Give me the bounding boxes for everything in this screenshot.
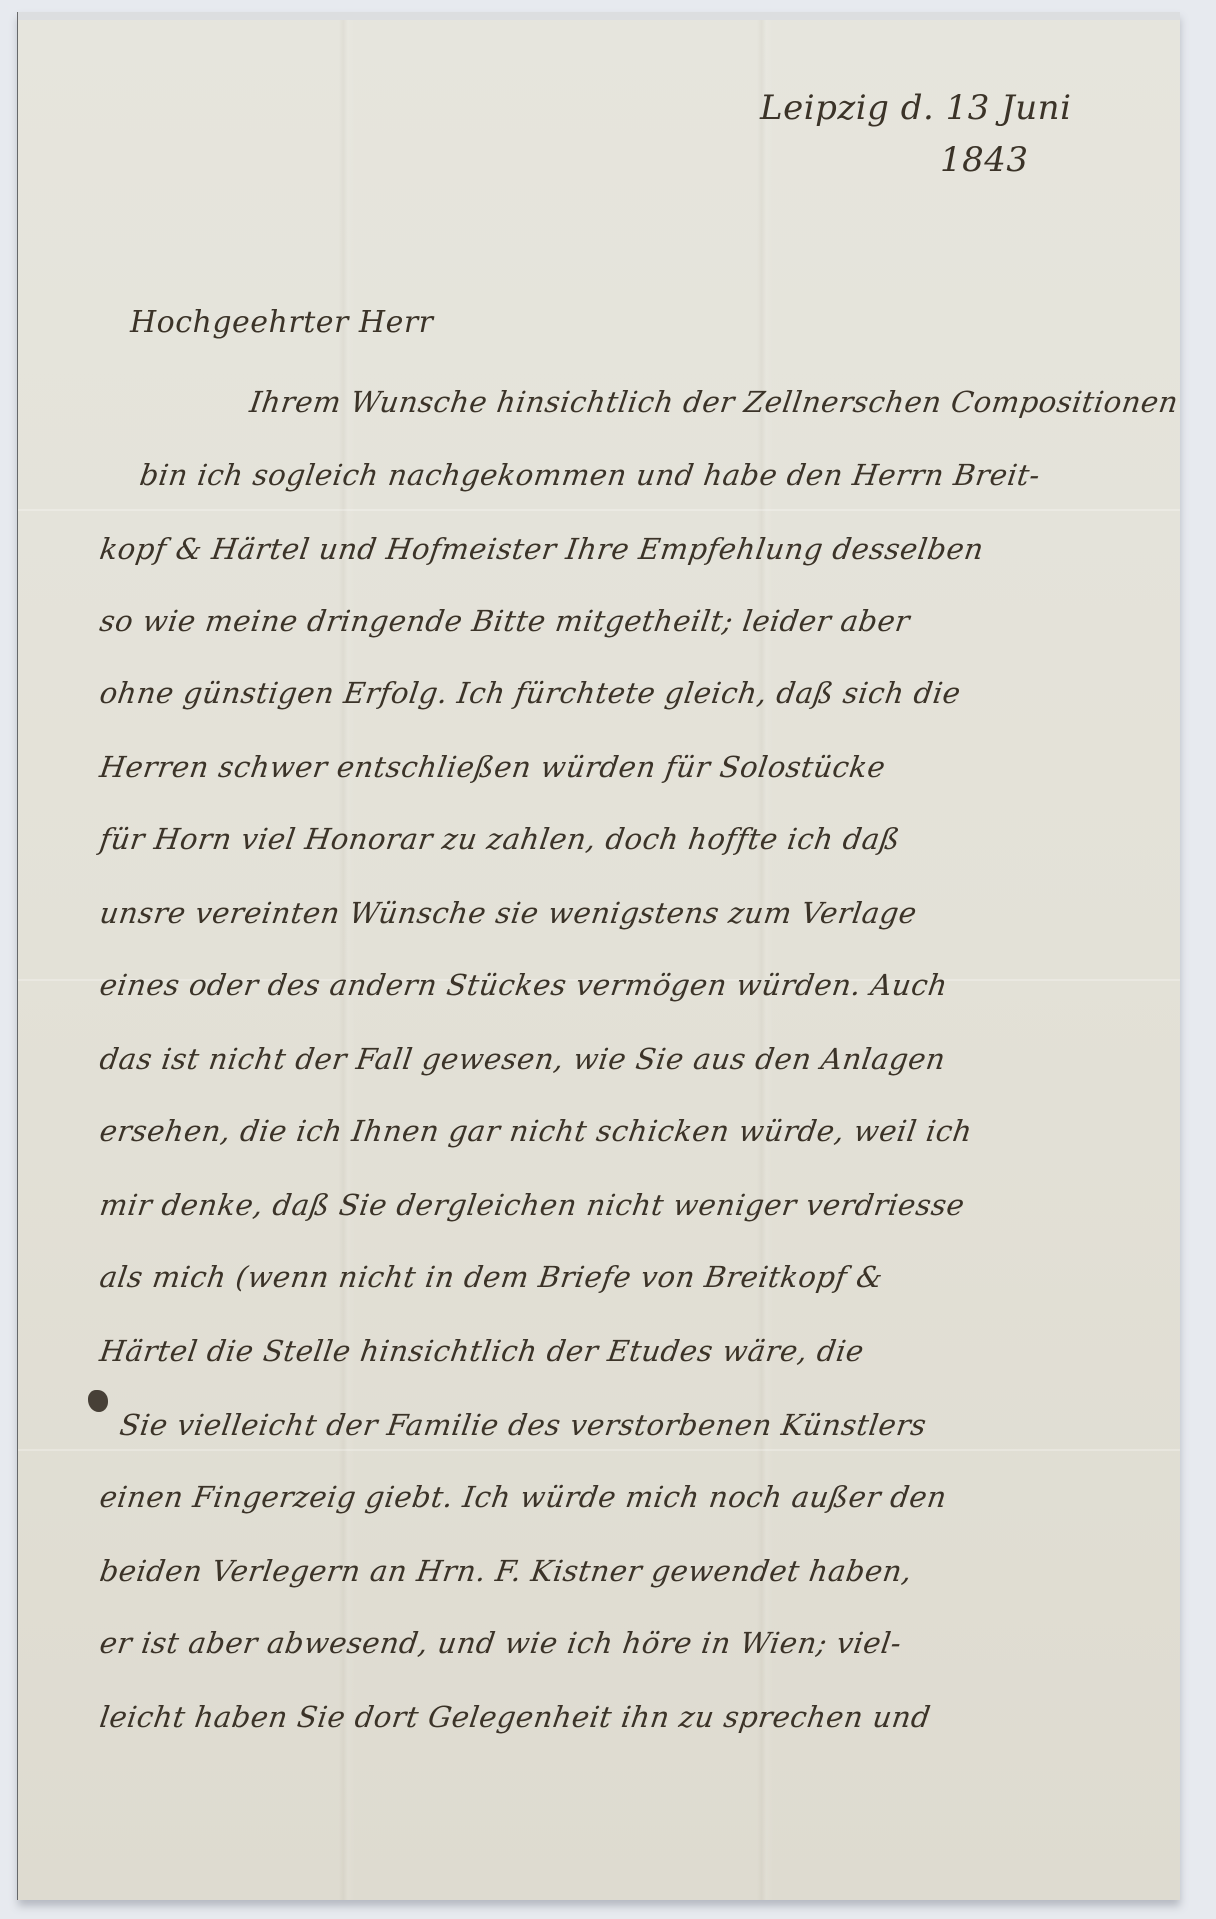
letter-line: bin ich sogleich nachgekommen und habe d… [138,458,1043,492]
letter-line: das ist nicht der Fall gewesen, wie Sie … [98,1042,948,1076]
letter-line: eines oder des andern Stückes vermögen w… [98,968,950,1002]
letter-line: so wie meine dringende Bitte mitgetheilt… [98,604,913,638]
ink-blot [88,1390,108,1412]
letter-line: einen Fingerzeig giebt. Ich würde mich n… [98,1480,949,1514]
letter-line: mir denke, daß Sie dergleichen nicht wen… [98,1188,967,1222]
letter-line: Härtel die Stelle hinsichtlich der Etude… [98,1334,867,1368]
letter-line: er ist aber abwesend, und wie ich höre i… [98,1626,904,1660]
letter-line: Ihrem Wunsche hinsichtlich der Zellnersc… [248,385,1181,419]
letter-place-date: Leipzig d. 13 Juni [760,88,1071,128]
fold-line [18,1449,1180,1451]
letter-sheet [18,12,1180,1900]
letter-line: unsre vereinten Wünsche sie wenigstens z… [98,896,919,930]
letter-line: ohne günstigen Erfolg. Ich fürchtete gle… [98,676,963,710]
letter-line: als mich (wenn nicht in dem Briefe von B… [98,1260,886,1294]
letter-line: leicht haben Sie dort Gelegenheit ihn zu… [98,1700,933,1734]
letter-year: 1843 [940,140,1029,180]
letter-line: ersehen, die ich Ihnen gar nicht schicke… [98,1114,975,1148]
letter-salutation: Hochgeehrter Herr [130,305,434,340]
letter-line: kopf & Härtel und Hofmeister Ihre Empfeh… [98,532,986,566]
letter-line: beiden Verlegern an Hrn. F. Kistner gewe… [98,1554,915,1588]
letter-line: Herren schwer entschließen würden für So… [98,750,888,784]
letter-line: für Horn viel Honorar zu zahlen, doch ho… [98,822,903,856]
letter-line: Sie vielleicht der Familie des verstorbe… [118,1408,929,1442]
fold-line [18,509,1180,511]
